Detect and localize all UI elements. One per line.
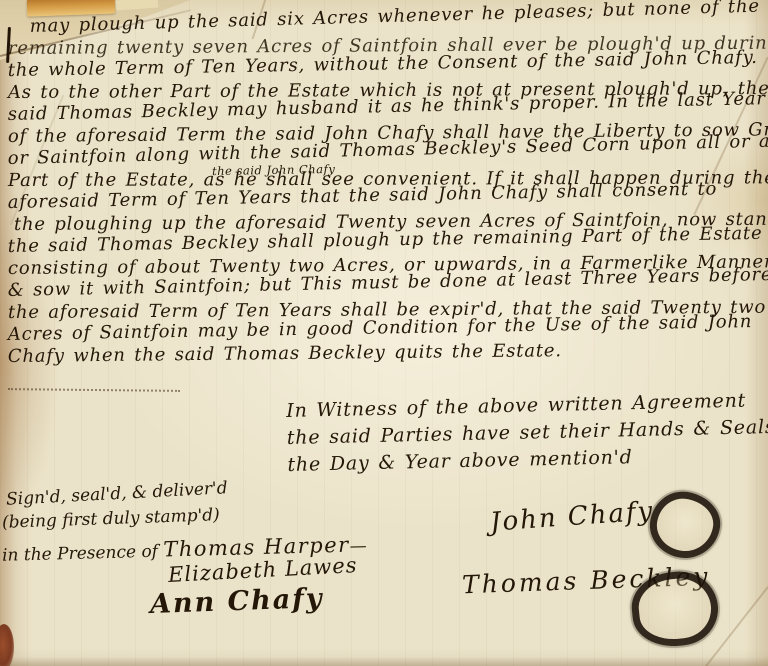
witness-clause: In Witness of the above written Agreemen… — [286, 389, 768, 481]
manuscript-line-text: Chafy when the said Thomas Beckley quits… — [8, 340, 562, 367]
manuscript-page: may plough up the said six Acres wheneve… — [0, 0, 768, 666]
main-paragraph: may plough up the said six Acres wheneve… — [8, 16, 766, 368]
interlineation: the said John Chafy — [212, 162, 335, 178]
attestation-line-stamped: (being first duly stamp'd) — [2, 505, 220, 533]
bottom-left-stain — [0, 624, 14, 666]
party-signature-john-chafy: John Chafy — [489, 496, 655, 537]
rule-off-dashes — [8, 388, 180, 392]
wax-seal-icon — [646, 487, 725, 562]
witness-signature-ann-chafy: Ann Chafy — [150, 583, 325, 620]
presence-label: in the Presence of — [2, 542, 158, 566]
